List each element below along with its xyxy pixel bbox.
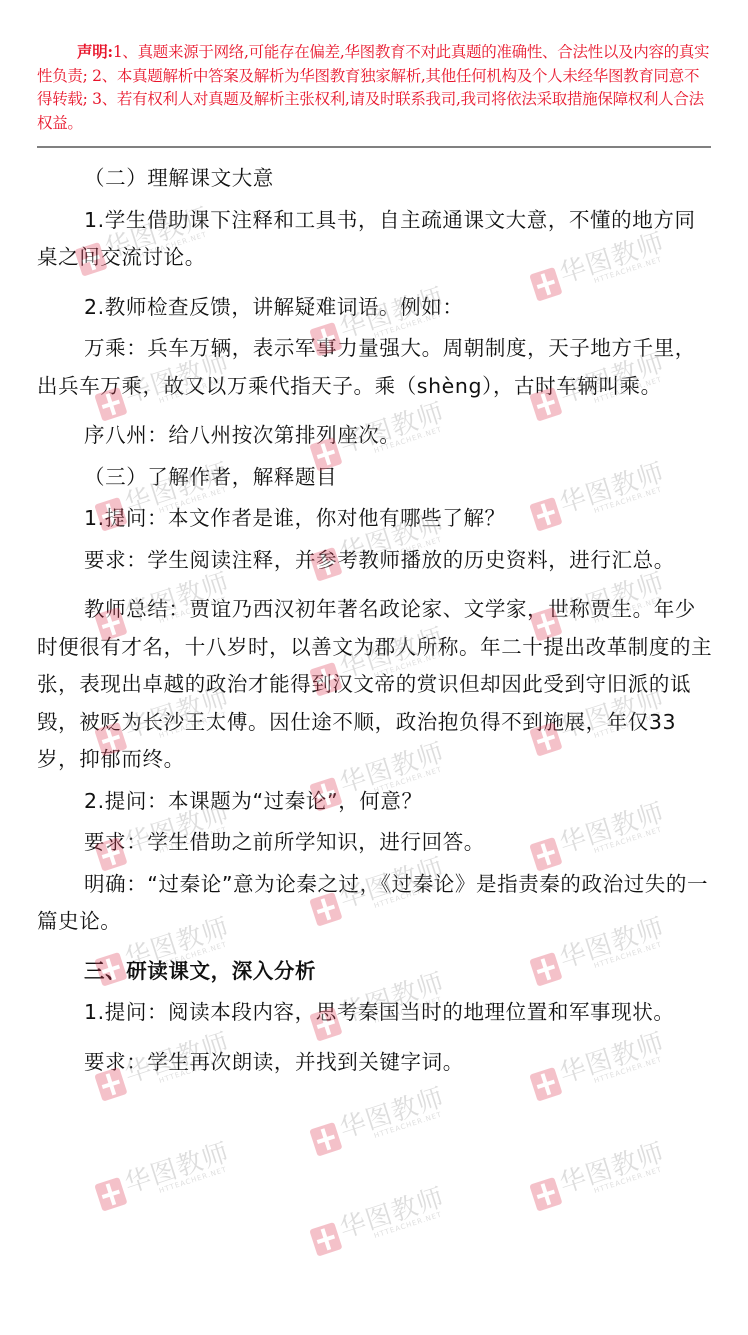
paragraph: 1.提问：阅读本段内容，思考秦国当时的地理位置和军事现状。: [37, 994, 713, 1032]
paragraph: 1.学生借助课下注释和工具书，自主疏通课文大意，不懂的地方同桌之间交流讨论。: [37, 202, 713, 277]
header-divider: [37, 146, 711, 148]
disclaimer-notice: 声明:1、真题来源于网络,可能存在偏差,华图教育不对此真题的准确性、合法性以及内…: [37, 40, 711, 135]
watermark-logo-icon: [529, 1176, 562, 1211]
paragraph: 2.提问：本课题为“过秦论”，何意？: [37, 783, 713, 821]
paragraph: 明确：“过秦论”意为论秦之过，《过秦论》是指责秦的政治过失的一篇史论。: [37, 866, 713, 941]
paragraph: 1.提问：本文作者是谁，你对他有哪些了解？: [37, 500, 713, 538]
section-heading-analysis: 三、研读课文，深入分析: [37, 953, 713, 991]
disclaimer-label: 声明:: [77, 42, 113, 61]
watermark: 华图教师HTTEACHER.NET: [308, 1084, 449, 1158]
paragraph: 序八州：给八州按次第排列座次。: [37, 417, 713, 455]
paragraph: 要求：学生再次朗读，并找到关键字词。: [37, 1044, 713, 1082]
section-heading-understand: （二）理解课文大意: [37, 160, 713, 198]
watermark: 华图教师HTTEACHER.NET: [308, 1184, 449, 1258]
watermark-logo-icon: [309, 1121, 342, 1156]
document-body: （二）理解课文大意 1.学生借助课下注释和工具书，自主疏通课文大意，不懂的地方同…: [37, 160, 713, 1085]
paragraph: 2.教师检查反馈，讲解疑难词语。例如：: [37, 289, 713, 327]
disclaimer-text: 1、真题来源于网络,可能存在偏差,华图教育不对此真题的准确性、合法性以及内容的真…: [37, 43, 709, 132]
watermark-logo-icon: [94, 1176, 127, 1211]
section-heading-author: （三）了解作者，解释题目: [37, 459, 713, 497]
watermark-logo-icon: [309, 1221, 342, 1256]
paragraph: 要求：学生阅读注释，并参考教师播放的历史资料，进行汇总。: [37, 542, 713, 580]
paragraph: 教师总结：贾谊乃西汉初年著名政论家、文学家，世称贾生。年少时便很有才名，十八岁时…: [37, 591, 713, 779]
watermark: 华图教师HTTEACHER.NET: [93, 1139, 234, 1213]
paragraph: 万乘：兵车万辆，表示军事力量强大。周朝制度，天子地方千里，出兵车万乘，故又以万乘…: [37, 330, 713, 405]
watermark: 华图教师HTTEACHER.NET: [528, 1139, 669, 1213]
paragraph: 要求：学生借助之前所学知识，进行回答。: [37, 824, 713, 862]
